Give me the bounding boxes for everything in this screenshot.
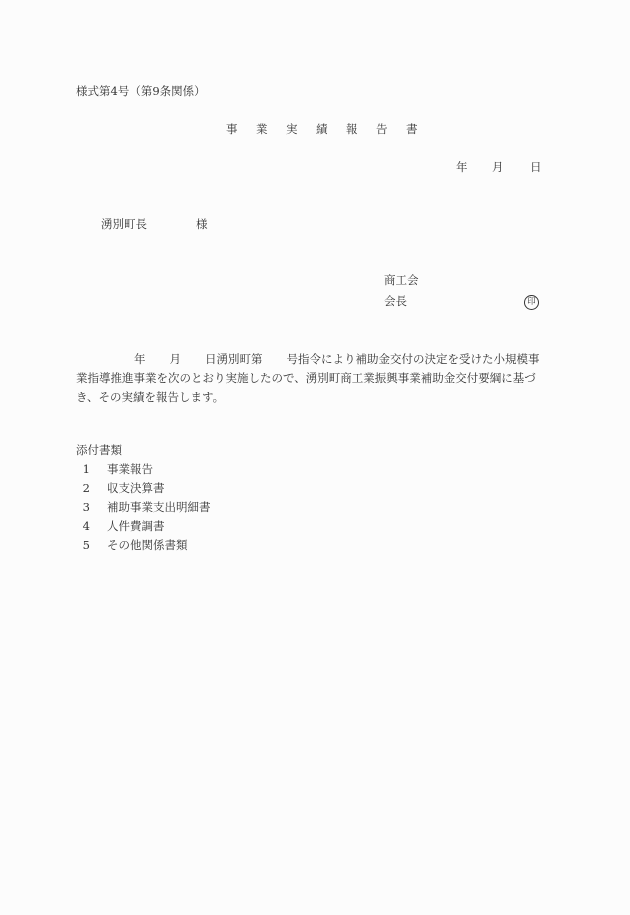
body-year-label: 年: [134, 352, 146, 366]
body-line-1: 年月日湧別町第号指令により補助金交付の決定を受けた小規模事: [76, 350, 558, 369]
body-line-3: き、その実績を報告します。: [76, 388, 558, 407]
addressee: 湧別町長 様: [101, 219, 208, 231]
attachment-label: 補助事業支出明細書: [107, 502, 211, 514]
sender-representative-title: 会長: [384, 296, 524, 308]
attachment-number: 5: [76, 540, 90, 552]
sender-organization: 商工会: [384, 275, 539, 287]
title-char: 告: [376, 124, 406, 136]
attachment-number: 4: [76, 521, 90, 533]
body-paragraph: 年月日湧別町第号指令により補助金交付の決定を受けた小規模事 業指導推進事業を次の…: [76, 350, 558, 407]
title-char: 実: [286, 124, 316, 136]
addressee-honorific: 様: [196, 219, 208, 231]
attachment-label: 事業報告: [107, 464, 153, 476]
title-char: 書: [406, 124, 436, 136]
attachment-item: 4 人件費調書: [76, 521, 211, 540]
date-month-label: 月: [492, 162, 530, 174]
body-month-label: 月: [170, 352, 182, 366]
body-line1-rest: 号指令により補助金交付の決定を受けた小規模事: [287, 352, 540, 366]
document-title: 事 業 実 績 報 告 書: [226, 124, 436, 136]
title-char: 業: [256, 124, 286, 136]
attachment-item: 1 事業報告: [76, 464, 211, 483]
attachments-list: 1 事業報告 2 収支決算書 3 補助事業支出明細書 4 人件費調書 5 その他…: [76, 464, 211, 559]
seal-icon: 印: [524, 295, 539, 310]
attachment-label: その他関係書類: [107, 540, 188, 552]
attachment-number: 2: [76, 483, 90, 495]
form-number: 様式第4号（第9条関係）: [76, 86, 206, 98]
attachment-item: 3 補助事業支出明細書: [76, 502, 211, 521]
title-char: 事: [226, 124, 256, 136]
title-char: 績: [316, 124, 346, 136]
addressee-name: 湧別町長: [101, 219, 196, 231]
attachments-heading: 添付書類: [76, 445, 211, 457]
attachment-label: 人件費調書: [107, 521, 165, 533]
attachment-item: 5 その他関係書類: [76, 540, 211, 559]
attachment-label: 収支決算書: [107, 483, 165, 495]
attachment-number: 1: [76, 464, 90, 476]
sender-representative-row: 会長 印: [384, 295, 539, 310]
body-day-town: 日湧別町第: [205, 352, 263, 366]
sender-block: 商工会 会長 印: [384, 275, 539, 310]
body-line-2: 業指導推進事業を次のとおり実施したので、湧別町商工業振興事業補助金交付要綱に基づ: [76, 369, 558, 388]
date-day-label: 日: [530, 162, 544, 174]
attachment-number: 3: [76, 502, 90, 514]
title-char: 報: [346, 124, 376, 136]
document-page: 様式第4号（第9条関係） 事 業 実 績 報 告 書 年 月 日 湧別町長 様 …: [0, 0, 630, 915]
date-line: 年 月 日: [456, 162, 544, 174]
attachment-item: 2 収支決算書: [76, 483, 211, 502]
date-year-label: 年: [456, 162, 492, 174]
attachments-section: 添付書類 1 事業報告 2 収支決算書 3 補助事業支出明細書 4 人件費調書 …: [76, 445, 211, 559]
